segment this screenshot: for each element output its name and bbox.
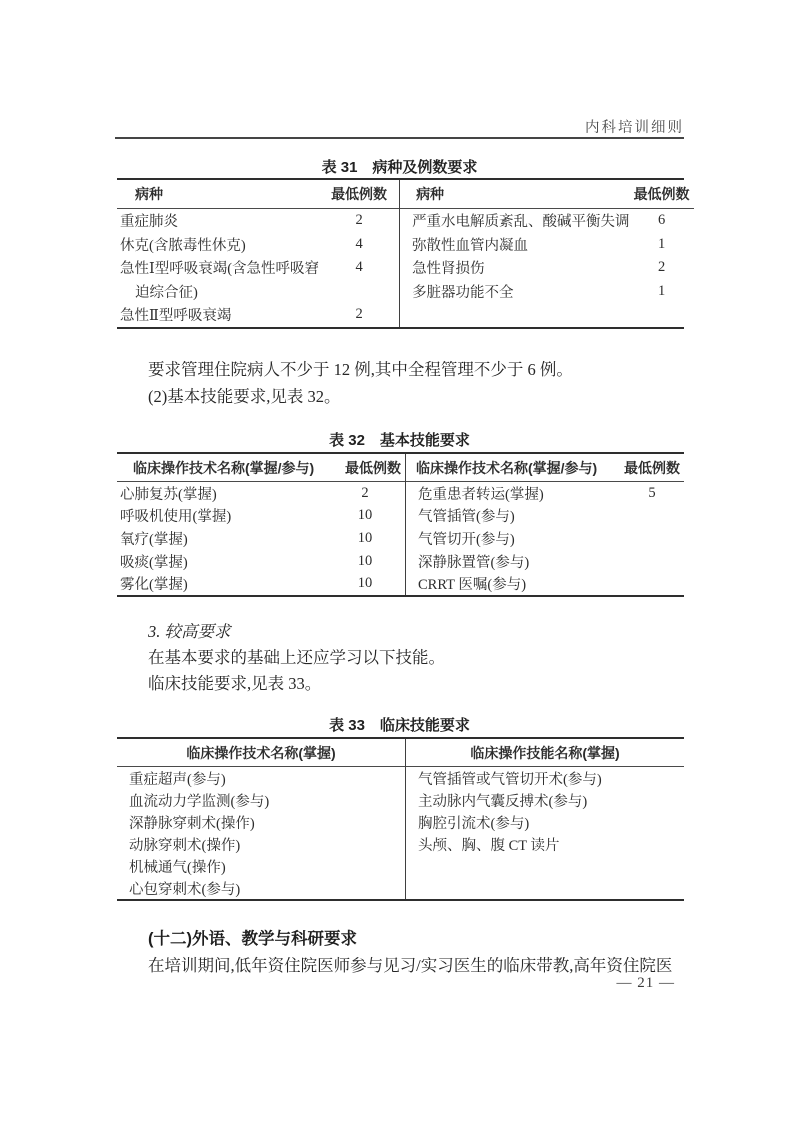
table31-title: 表 31 病种及例数要求 (115, 156, 684, 177)
table31-col-min-cases: 最低例数 (319, 184, 399, 204)
table31-left-half: 病种 最低例数 重症肺炎 2 休克(含脓毒性休克) 4 急性Ⅰ型呼吸衰竭(含急性… (117, 180, 400, 327)
table-row: 急性Ⅱ型呼吸衰竭 2 (117, 303, 399, 327)
table32-title: 表 32 基本技能要求 (115, 429, 684, 450)
min-cases-value: 2 (325, 485, 405, 502)
table33-right-header-row: 临床操作技能名称(掌握) (406, 739, 684, 767)
paragraph-line: 临床技能要求,见表 33。 (115, 670, 720, 694)
table32-right-half: 临床操作技术名称(掌握/参与) 最低例数 危重患者转运(掌握) 5 气管插管(参… (406, 454, 684, 595)
table32: 临床操作技术名称(掌握/参与) 最低例数 心肺复苏(掌握) 2 呼吸机使用(掌握… (117, 452, 684, 597)
table33-title: 表 33 临床技能要求 (115, 714, 684, 735)
table32-col-skill: 临床操作技术名称(掌握/参与) (406, 458, 620, 478)
skill-name: 重症超声(参与) (117, 768, 405, 789)
min-cases-value: 4 (319, 259, 399, 276)
table-row: 严重水电解质紊乱、酸碱平衡失调 6 (400, 209, 694, 233)
disease-name: 休克(含脓毒性休克) (117, 234, 319, 255)
table31: 病种 最低例数 重症肺炎 2 休克(含脓毒性休克) 4 急性Ⅰ型呼吸衰竭(含急性… (117, 178, 684, 329)
min-cases-value: 10 (325, 507, 405, 524)
table31-left-header-row: 病种 最低例数 (117, 180, 399, 209)
table-row: 胸腔引流术(参与) (406, 811, 684, 833)
disease-name: 急性Ⅱ型呼吸衰竭 (117, 304, 319, 325)
table33-left-half: 临床操作技术名称(掌握) 重症超声(参与) 血流动力学监测(参与) 深静脉穿刺术… (117, 739, 406, 899)
disease-name: 严重水电解质紊乱、酸碱平衡失调 (400, 210, 630, 231)
skill-name: 心包穿刺术(参与) (117, 878, 405, 899)
skill-name: 吸痰(掌握) (117, 551, 325, 572)
table-row: 血流动力学监测(参与) (117, 789, 405, 811)
document-page: 内科培训细则 表 31 病种及例数要求 病种 最低例数 重症肺炎 2 休克(含脓… (0, 0, 800, 1131)
skill-name: 气管插管或气管切开术(参与) (406, 768, 684, 789)
skill-name: CRRT 医嘱(参与) (406, 573, 620, 594)
table-row: 弥散性血管内凝血 1 (400, 233, 694, 257)
min-cases-value: 10 (325, 553, 405, 570)
min-cases-value: 1 (630, 283, 694, 300)
table-row: 气管插管或气管切开术(参与) (406, 767, 684, 789)
paragraph-line: 要求管理住院病人不少于 12 例,其中全程管理不少于 6 例。 (115, 356, 720, 380)
min-cases-value: 6 (630, 212, 694, 229)
table-row: 心肺复苏(掌握) 2 (117, 482, 405, 505)
running-header: 内科培训细则 (115, 116, 684, 137)
table-row: 动脉穿刺术(操作) (117, 833, 405, 855)
table-row: 头颅、胸、腹 CT 读片 (406, 833, 684, 855)
table-row: 机械通气(操作) (117, 855, 405, 877)
table31-right-header-row: 病种 最低例数 (400, 180, 694, 209)
disease-name: 弥散性血管内凝血 (400, 234, 630, 255)
table-row: CRRT 医嘱(参与) (406, 572, 684, 595)
min-cases-value: 2 (319, 306, 399, 323)
skill-name: 深静脉穿刺术(操作) (117, 812, 405, 833)
skill-name: 氧疗(掌握) (117, 528, 325, 549)
skill-name: 胸腔引流术(参与) (406, 812, 684, 833)
table32-left-header-row: 临床操作技术名称(掌握/参与) 最低例数 (117, 454, 405, 482)
skill-name: 气管插管(参与) (406, 505, 620, 526)
table-row: 气管插管(参与) (406, 505, 684, 528)
table-row: 重症超声(参与) (117, 767, 405, 789)
table33-col-right: 临床操作技能名称(掌握) (470, 743, 619, 763)
skill-name: 气管切开(参与) (406, 528, 620, 549)
paragraph-line: (2)基本技能要求,见表 32。 (115, 383, 720, 407)
skill-name: 头颅、胸、腹 CT 读片 (406, 834, 684, 855)
table-row: 主动脉内气囊反搏术(参与) (406, 789, 684, 811)
min-cases-value: 5 (620, 485, 684, 502)
table-row-continuation: 迫综合征) (117, 280, 399, 304)
disease-name: 急性肾损伤 (400, 257, 630, 278)
skill-name: 主动脉内气囊反搏术(参与) (406, 790, 684, 811)
min-cases-value: 10 (325, 530, 405, 547)
header-rule (115, 137, 684, 139)
min-cases-value: 2 (319, 212, 399, 229)
skill-name: 心肺复苏(掌握) (117, 483, 325, 504)
skill-name: 血流动力学监测(参与) (117, 790, 405, 811)
table-row: 重症肺炎 2 (117, 209, 399, 233)
table33: 临床操作技术名称(掌握) 重症超声(参与) 血流动力学监测(参与) 深静脉穿刺术… (117, 737, 684, 901)
table31-col-min-cases: 最低例数 (630, 184, 694, 204)
section-subheading: 3. 较高要求 (115, 618, 720, 642)
disease-name: 迫综合征) (117, 281, 319, 302)
skill-name: 动脉穿刺术(操作) (117, 834, 405, 855)
skill-name: 雾化(掌握) (117, 573, 325, 594)
table-row: 危重患者转运(掌握) 5 (406, 482, 684, 505)
table31-right-half: 病种 最低例数 严重水电解质紊乱、酸碱平衡失调 6 弥散性血管内凝血 1 急性肾… (400, 180, 694, 327)
table31-col-disease: 病种 (400, 184, 630, 204)
min-cases-value: 1 (630, 236, 694, 253)
table-row: 深静脉置管(参与) (406, 550, 684, 573)
paragraph-line: 在基本要求的基础上还应学习以下技能。 (115, 644, 720, 668)
table33-left-header-row: 临床操作技术名称(掌握) (117, 739, 405, 767)
table-row: 吸痰(掌握) 10 (117, 550, 405, 573)
table33-right-half: 临床操作技能名称(掌握) 气管插管或气管切开术(参与) 主动脉内气囊反搏术(参与… (406, 739, 684, 899)
skill-name: 呼吸机使用(掌握) (117, 505, 325, 526)
table32-col-min-cases: 最低例数 (620, 458, 684, 478)
min-cases-value: 4 (319, 236, 399, 253)
section-heading: (十二)外语、教学与科研要求 (115, 925, 720, 949)
skill-name: 深静脉置管(参与) (406, 551, 620, 572)
table32-left-half: 临床操作技术名称(掌握/参与) 最低例数 心肺复苏(掌握) 2 呼吸机使用(掌握… (117, 454, 406, 595)
table-row: 雾化(掌握) 10 (117, 572, 405, 595)
page-number: — 21 — (115, 975, 675, 992)
skill-name: 危重患者转运(掌握) (406, 483, 620, 504)
disease-name: 重症肺炎 (117, 210, 319, 231)
table-row: 急性Ⅰ型呼吸衰竭(含急性呼吸窘 4 (117, 256, 399, 280)
skill-name: 机械通气(操作) (117, 856, 405, 877)
table-row: 呼吸机使用(掌握) 10 (117, 505, 405, 528)
table-row: 急性肾损伤 2 (400, 256, 694, 280)
table33-col-left: 临床操作技术名称(掌握) (186, 743, 335, 763)
table-row: 氧疗(掌握) 10 (117, 527, 405, 550)
table32-right-header-row: 临床操作技术名称(掌握/参与) 最低例数 (406, 454, 684, 482)
min-cases-value: 10 (325, 575, 405, 592)
table-row: 心包穿刺术(参与) (117, 877, 405, 899)
paragraph-line: 在培训期间,低年资住院医师参与见习/实习医生的临床带教,高年资住院医 (115, 952, 720, 976)
min-cases-value: 2 (630, 259, 694, 276)
table32-col-min-cases: 最低例数 (341, 458, 405, 478)
table31-col-disease: 病种 (117, 184, 319, 204)
table-row: 多脏器功能不全 1 (400, 280, 694, 304)
table-row: 气管切开(参与) (406, 527, 684, 550)
disease-name: 急性Ⅰ型呼吸衰竭(含急性呼吸窘 (117, 257, 319, 278)
table32-col-skill: 临床操作技术名称(掌握/参与) (117, 458, 341, 478)
table-row: 休克(含脓毒性休克) 4 (117, 233, 399, 257)
table-row: 深静脉穿刺术(操作) (117, 811, 405, 833)
disease-name: 多脏器功能不全 (400, 281, 630, 302)
